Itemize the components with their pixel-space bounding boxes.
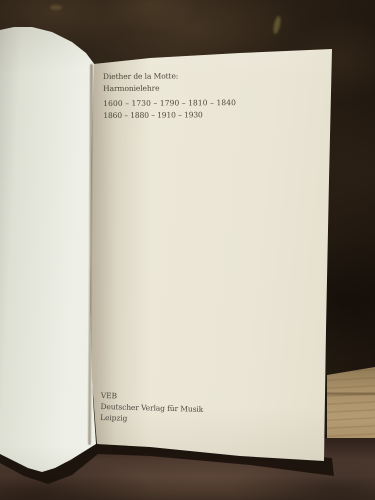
title-block: Diether de la Motte: Harmonielehre 1600 … xyxy=(103,70,273,122)
publisher-block: VEB Deutscher Verlag für Musik Leipzig xyxy=(100,390,271,428)
book-title-line: Harmonielehre xyxy=(103,81,273,94)
book-photo: Diether de la Motte: Harmonielehre 1600 … xyxy=(0,0,375,500)
background-highlight-fleck xyxy=(50,5,62,10)
timeline-line-2: 1860 – 1880 – 1910 – 1930 xyxy=(103,109,273,122)
